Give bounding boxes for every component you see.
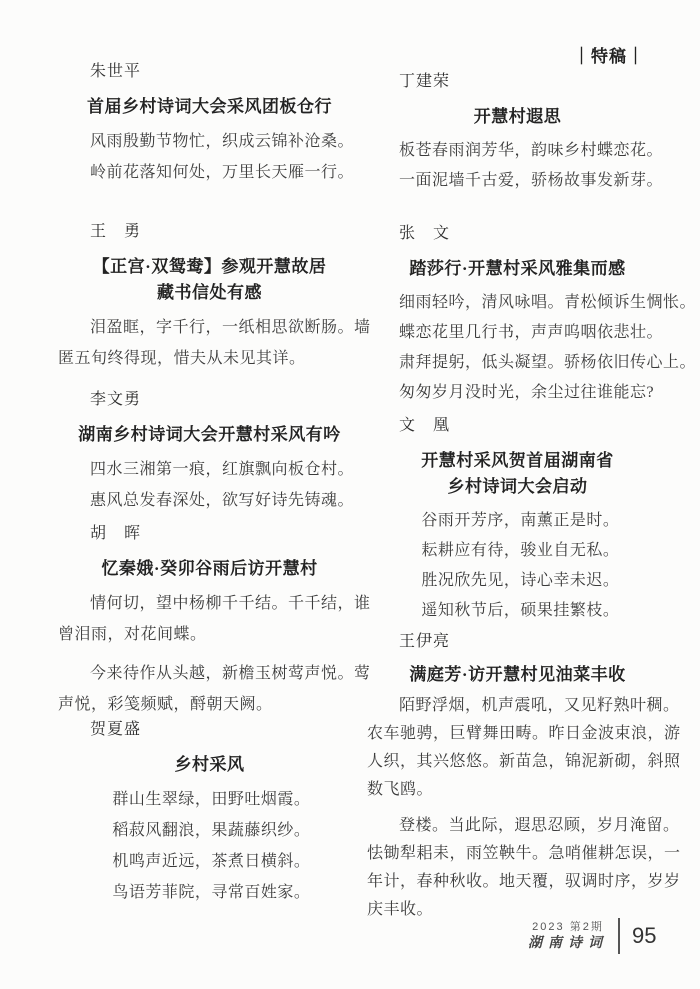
poem-line: 稻菽风翻浪，果蔬藤织纱。 xyxy=(58,815,361,846)
poem-line: 鸟语芳菲院，寻常百姓家。 xyxy=(58,877,361,908)
poem: 王伊亮满庭芳·访开慧村见油菜丰收陌野浮烟，机声震吼，又见籽熟叶稠。农车驰骋，巨臂… xyxy=(367,632,668,924)
poem-line: 匿五旬终得现，惜夫从未见其详。 xyxy=(58,343,361,374)
poem-title-block: 满庭芳·访开慧村见油菜丰收 xyxy=(367,662,668,688)
footer-divider xyxy=(618,918,620,954)
page-footer: 2023 第2期 湖南诗词 95 xyxy=(528,918,656,954)
poem-author: 丁建荣 xyxy=(399,72,668,92)
poem-author: 朱世平 xyxy=(90,62,361,82)
poem-title: 湖南乡村诗词大会开慧村采风有吟 xyxy=(58,422,361,448)
poem-title: 满庭芳·访开慧村见油菜丰收 xyxy=(367,662,668,688)
poem: 胡 晖忆秦娥·癸卯谷雨后访开慧村情何切，望中杨柳千千结。千千结，谁曾泪雨，对花间… xyxy=(58,524,361,720)
poem-line: 今来待作从头越，新檐玉树莺声悦。莺 xyxy=(58,658,361,689)
poem-title-block: 忆秦娥·癸卯谷雨后访开慧村 xyxy=(58,556,361,582)
poem-title-block: 首届乡村诗词大会采风团板仓行 xyxy=(58,94,361,120)
poem-line: 群山生翠绿，田野吐烟霞。 xyxy=(58,784,361,815)
poem-stanza: 四水三湘第一痕，红旗飘向板仓村。惠风总发春深处，欲写好诗先铸魂。 xyxy=(58,454,361,516)
poem-line: 板苍春雨润芳华，韵味乡村蝶恋花。 xyxy=(367,136,668,166)
poem-line: 蝶恋花里几行书，声声呜咽依悲壮。 xyxy=(367,318,668,348)
poem-author: 李文勇 xyxy=(90,390,361,410)
poem-title-block: 乡村采风 xyxy=(58,752,361,778)
poem-line: 岭前花落知何处，万里长天雁一行。 xyxy=(58,157,361,188)
poem-line: 耘耕应有待，骏业自无私。 xyxy=(367,536,668,566)
poem-title-block: 【正宫·双鸳鸯】参观开慧故居藏书信处有感 xyxy=(58,254,361,306)
poem-line: 陌野浮烟，机声震吼，又见籽熟叶稠。 xyxy=(367,692,668,720)
poem-title: 乡村采风 xyxy=(58,752,361,778)
poem-stanza: 陌野浮烟，机声震吼，又见籽熟叶稠。农车驰骋，巨臂舞田畴。昨日金波束浪，游人织，其… xyxy=(367,692,668,804)
poem-line: 数飞鸥。 xyxy=(367,776,668,804)
poem: 王 勇【正宫·双鸳鸯】参观开慧故居藏书信处有感泪盈眶，字千行，一纸相思欲断肠。墙… xyxy=(58,222,361,374)
poem-line: 怯锄犁耜耒，雨笠鞅牛。急哨催耕怎误，一 xyxy=(367,840,668,868)
column-left: 朱世平首届乡村诗词大会采风团板仓行风雨殷勤节物忙，织成云锦补沧桑。岭前花落知何处… xyxy=(58,62,361,908)
poem-stanza: 风雨殷勤节物忙，织成云锦补沧桑。岭前花落知何处，万里长天雁一行。 xyxy=(58,126,361,188)
poem-line: 胜况欣先见，诗心幸未迟。 xyxy=(367,566,668,596)
journal-name: 湖南诗词 xyxy=(528,935,608,953)
poem: 丁建荣开慧村遐思板苍春雨润芳华，韵味乡村蝶恋花。一面泥墙千古爱，骄杨故事发新芽。 xyxy=(367,72,668,196)
poem-line: 人织，其兴悠悠。新苗急，锦泥新砌，斜照 xyxy=(367,748,668,776)
poem-line: 一面泥墙千古爱，骄杨故事发新芽。 xyxy=(367,166,668,196)
poem-author: 文 凰 xyxy=(399,416,668,436)
poem-title: 【正宫·双鸳鸯】参观开慧故居 xyxy=(58,254,361,280)
poem-line: 声悦，彩笺频赋，酹朝天阙。 xyxy=(58,689,361,720)
poem-author: 贺夏盛 xyxy=(90,720,361,740)
poem-title: 踏莎行·开慧村采风雅集而感 xyxy=(367,256,668,282)
poem-stanza: 今来待作从头越，新檐玉树莺声悦。莺声悦，彩笺频赋，酹朝天阙。 xyxy=(58,658,361,720)
poem-stanza: 群山生翠绿，田野吐烟霞。稻菽风翻浪，果蔬藤织纱。机鸣声近远，茶煮日横斜。鸟语芳菲… xyxy=(58,784,361,908)
poem: 贺夏盛乡村采风群山生翠绿，田野吐烟霞。稻菽风翻浪，果蔬藤织纱。机鸣声近远，茶煮日… xyxy=(58,720,361,908)
poem-line: 泪盈眶，字千行，一纸相思欲断肠。墙 xyxy=(58,312,361,343)
poem-stanza: 情何切，望中杨柳千千结。千千结，谁曾泪雨，对花间蝶。 xyxy=(58,588,361,650)
poem-title-block: 湖南乡村诗词大会开慧村采风有吟 xyxy=(58,422,361,448)
journal-page: ｜特稿｜ 朱世平首届乡村诗词大会采风团板仓行风雨殷勤节物忙，织成云锦补沧桑。岭前… xyxy=(0,0,700,989)
poem: 文 凰开慧村采风贺首届湖南省乡村诗词大会启动谷雨开芳序，南薰正是时。耘耕应有待，… xyxy=(367,416,668,626)
poem-author: 张 文 xyxy=(399,224,668,244)
poem-line: 情何切，望中杨柳千千结。千千结，谁 xyxy=(58,588,361,619)
poem-title-block: 踏莎行·开慧村采风雅集而感 xyxy=(367,256,668,282)
footer-issue-block: 2023 第2期 湖南诗词 xyxy=(528,920,608,953)
poem-line: 细雨轻吟，清风咏唱。青松倾诉生惆怅。 xyxy=(367,288,668,318)
poem-author: 胡 晖 xyxy=(90,524,361,544)
section-header-label: ｜特稿｜ xyxy=(573,42,645,67)
poem-line: 遥知秋节后，硕果挂繁枝。 xyxy=(367,596,668,626)
poem-line: 肃拜提躬，低头凝望。骄杨依旧传心上。 xyxy=(367,348,668,378)
poem-author: 王 勇 xyxy=(90,222,361,242)
poem-line: 匆匆岁月没时光，余尘过往谁能忘? xyxy=(367,378,668,408)
poem-author: 王伊亮 xyxy=(399,632,668,652)
poem-title-block: 开慧村遐思 xyxy=(367,104,668,130)
poem-title: 开慧村采风贺首届湖南省 xyxy=(367,448,668,474)
poem-line: 风雨殷勤节物忙，织成云锦补沧桑。 xyxy=(58,126,361,157)
poem-title-block: 开慧村采风贺首届湖南省乡村诗词大会启动 xyxy=(367,448,668,500)
poem-line: 农车驰骋，巨臂舞田畴。昨日金波束浪，游 xyxy=(367,720,668,748)
poem-line: 惠风总发春深处，欲写好诗先铸魂。 xyxy=(58,485,361,516)
poem-line: 登楼。当此际，遐思忍顾，岁月淹留。 xyxy=(367,812,668,840)
poem-line: 谷雨开芳序，南薰正是时。 xyxy=(367,506,668,536)
poem-title: 首届乡村诗词大会采风团板仓行 xyxy=(58,94,361,120)
poem-title: 开慧村遐思 xyxy=(367,104,668,130)
poem-stanza: 谷雨开芳序，南薰正是时。耘耕应有待，骏业自无私。胜况欣先见，诗心幸未迟。遥知秋节… xyxy=(367,506,668,626)
poem-title: 忆秦娥·癸卯谷雨后访开慧村 xyxy=(58,556,361,582)
page-number: 95 xyxy=(632,923,656,949)
poem: 朱世平首届乡村诗词大会采风团板仓行风雨殷勤节物忙，织成云锦补沧桑。岭前花落知何处… xyxy=(58,62,361,188)
poem-stanza: 泪盈眶，字千行，一纸相思欲断肠。墙匿五旬终得现，惜夫从未见其详。 xyxy=(58,312,361,374)
poem: 李文勇湖南乡村诗词大会开慧村采风有吟四水三湘第一痕，红旗飘向板仓村。惠风总发春深… xyxy=(58,390,361,516)
poem: 张 文踏莎行·开慧村采风雅集而感细雨轻吟，清风咏唱。青松倾诉生惆怅。蝶恋花里几行… xyxy=(367,224,668,408)
poem-stanza: 登楼。当此际，遐思忍顾，岁月淹留。怯锄犁耜耒，雨笠鞅牛。急哨催耕怎误，一年计，春… xyxy=(367,812,668,924)
poem-title: 藏书信处有感 xyxy=(58,280,361,306)
poem-line: 曾泪雨，对花间蝶。 xyxy=(58,619,361,650)
issue-info: 2023 第2期 xyxy=(528,920,608,934)
poem-title: 乡村诗词大会启动 xyxy=(367,474,668,500)
poem-line: 四水三湘第一痕，红旗飘向板仓村。 xyxy=(58,454,361,485)
column-right: 丁建荣开慧村遐思板苍春雨润芳华，韵味乡村蝶恋花。一面泥墙千古爱，骄杨故事发新芽。… xyxy=(367,72,668,924)
poem-line: 年计，春种秋收。地天覆，驭调时序，岁岁 xyxy=(367,868,668,896)
poem-stanza: 细雨轻吟，清风咏唱。青松倾诉生惆怅。蝶恋花里几行书，声声呜咽依悲壮。肃拜提躬，低… xyxy=(367,288,668,408)
poem-line: 机鸣声近远，茶煮日横斜。 xyxy=(58,846,361,877)
poem-stanza: 板苍春雨润芳华，韵味乡村蝶恋花。一面泥墙千古爱，骄杨故事发新芽。 xyxy=(367,136,668,196)
